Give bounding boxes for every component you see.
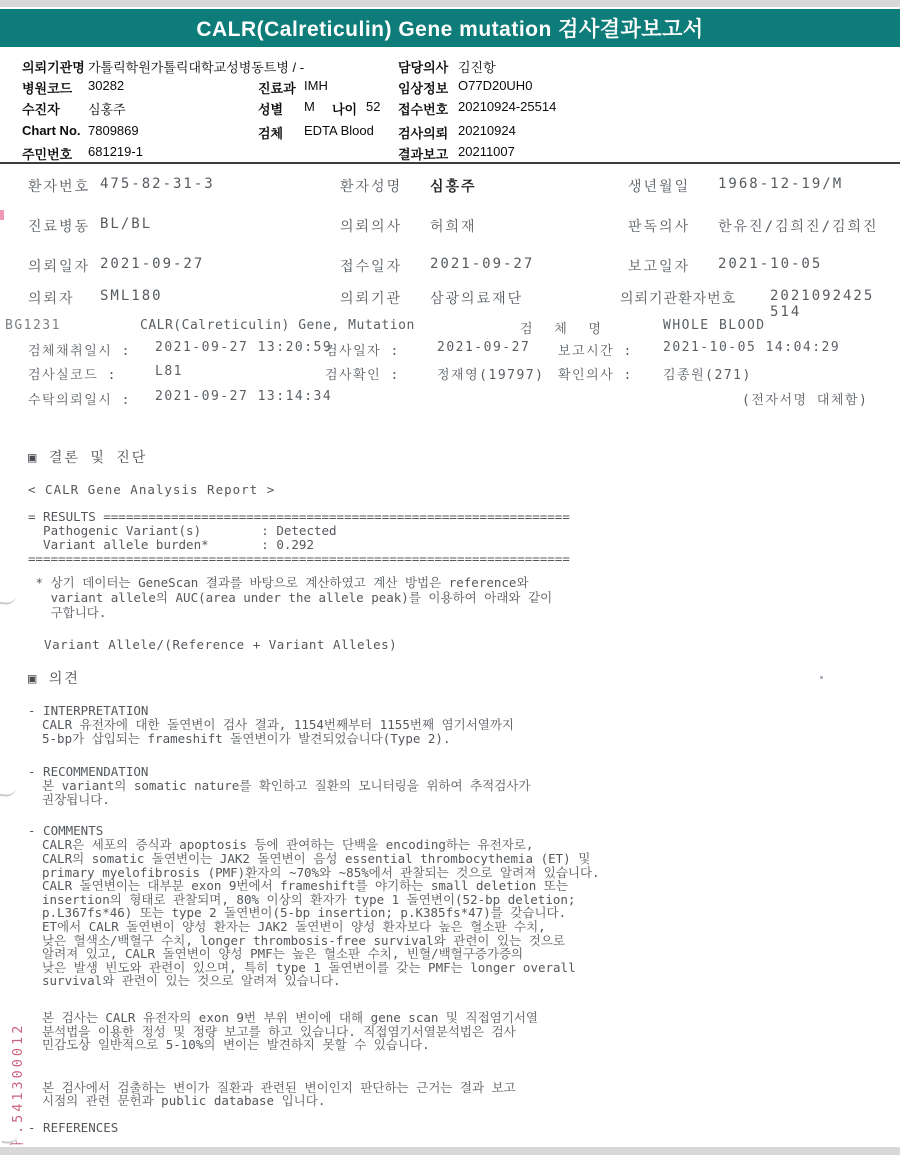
text-line: 분석법을 이용한 정성 및 정량 보고를 하고 있습니다. 직접염기서열분석법은… — [42, 1025, 688, 1039]
text-line: variant allele의 AUC(area under the allel… — [28, 590, 688, 605]
field-label: 의뢰기관명 — [22, 57, 88, 78]
opinion-section: ▣ 의견 - INTERPRETATION CALR 유전자에 대한 돌연변이 … — [28, 668, 688, 1135]
field-value: 20210924 — [458, 123, 516, 144]
field-value: 2021-09-27 13:14:34 — [155, 389, 332, 404]
info-row-institution: 의뢰기관명 가톨릭학원가톨릭대학교성병동트병 / - — [22, 57, 402, 78]
text-line: 5-bp가 삽입되는 frameshift 돌연변이가 발견되었습니다(Type… — [42, 732, 688, 746]
text-line: CALR 유전자에 대한 돌연변이 검사 결과, 1154번째부터 1155번째… — [42, 718, 688, 732]
table-row: 진료병동 BL/BL 의뢰의사 허희재 판독의사 한유진/김희진/김희진 — [0, 216, 900, 236]
field-value: M — [304, 99, 332, 120]
order-info-middle-column: 진료과 IMH 성별 M 나이 52 검체 EDTA Blood — [258, 78, 403, 144]
report-page: CALR(Calreticulin) Gene mutation 검사결과보고서… — [0, 0, 900, 1155]
field-label: 판독의사 — [628, 216, 690, 236]
text-line: Pathogenic Variant(s) : Detected — [28, 524, 688, 538]
field-value: 475-82-31-3 — [100, 176, 215, 192]
text-line: primary myelofibrosis (PMF)환자의 ~70%와 ~85… — [42, 866, 688, 880]
text-line: 구합니다. — [28, 605, 688, 620]
field-value: 30282 — [88, 78, 124, 99]
field-label: 성별 — [258, 99, 304, 120]
field-label: Chart No. — [22, 123, 88, 144]
block-heading: - COMMENTS — [28, 824, 688, 838]
text-line: survival와 관련이 있는 것으로 알려져 있습니다. — [42, 974, 688, 988]
field-label: 환자성명 — [340, 176, 402, 196]
table-row: 의뢰일자 2021-09-27 접수일자 2021-09-27 보고일자 202… — [0, 256, 900, 276]
field-value: 2021-09-27 — [100, 256, 204, 272]
interpretation-block: - INTERPRETATION CALR 유전자에 대한 돌연변이 검사 결과… — [28, 704, 688, 745]
field-label: 보고일자 — [628, 256, 690, 276]
block-lines: CALR은 세포의 증식과 apoptosis 등에 관여하는 단백을 enco… — [28, 838, 688, 988]
text-line: 알려져 있고, CALR 돌연변이 양성 PMF는 높은 혈소판 수치, 빈혈/… — [42, 947, 688, 961]
field-value: 김진항 — [458, 57, 496, 78]
electronic-signature-note: (전자서명 대체함) — [742, 389, 868, 408]
info-row-receipt-no: 접수번호 20210924-25514 — [398, 99, 698, 120]
field-label: 의뢰기관환자번호 — [620, 288, 736, 308]
field-label: 의뢰자 — [28, 288, 75, 308]
comments-block: - COMMENTS CALR은 세포의 증식과 apoptosis 등에 관여… — [28, 824, 688, 988]
field-value: 허희재 — [430, 216, 477, 236]
field-label: 의뢰의사 — [340, 216, 402, 236]
patient-name: 심홍주 — [430, 176, 477, 196]
field-value: 2021-10-05 14:04:29 — [663, 340, 840, 355]
conclusion-section: ▣ 결론 및 진단 < CALR Gene Analysis Report > … — [28, 447, 688, 652]
references-block: - REFERENCES — [28, 1121, 688, 1135]
text-line: 민감도상 일반적으로 5-10%의 변이는 발견하지 못할 수 있습니다. — [42, 1038, 688, 1052]
field-value: 2021-10-05 — [718, 256, 822, 272]
block-heading: - RECOMMENDATION — [28, 765, 688, 779]
field-value: WHOLE BLOOD — [663, 318, 766, 333]
block-heading: - REFERENCES — [28, 1121, 688, 1135]
report-title: CALR(Calreticulin) Gene mutation 검사결과보고서 — [196, 13, 703, 43]
info-row-clinical-info: 임상정보 O77D20UH0 — [398, 78, 698, 99]
field-value: EDTA Blood — [304, 123, 374, 144]
test-row: 검체채취일시 : 2021-09-27 13:20:59 검사일자 : 2021… — [0, 340, 900, 358]
text-line: 본 검사에서 검출하는 변이가 질환과 관련된 변이인지 판단하는 근거는 결과… — [42, 1081, 688, 1095]
report-title-banner: CALR(Calreticulin) Gene mutation 검사결과보고서 — [0, 9, 900, 47]
field-label: 확인의사 : — [558, 364, 633, 383]
field-label: 접수번호 — [398, 99, 458, 120]
text-line: insertion의 형태로 관찰되며, 80% 이상의 환자가 type 1 … — [42, 893, 688, 907]
field-value: 20210924-25514 — [458, 99, 556, 120]
field-label: 의뢰일자 — [28, 256, 90, 276]
info-row-doctor: 담당의사 김진항 — [398, 57, 698, 78]
field-value: 정재영(19797) — [437, 364, 544, 383]
test-row: 검사실코드 : L81 검사확인 : 정재영(19797) 확인의사 : 김종원… — [0, 364, 900, 382]
section-title-opinion: ▣ 의견 — [28, 668, 688, 688]
scan-artifact — [0, 593, 17, 606]
evidence-note-paragraph: 본 검사에서 검출하는 변이가 질환과 관련된 변이인지 판단하는 근거는 결과… — [28, 1081, 688, 1108]
results-block: = RESULTS ==============================… — [28, 510, 688, 566]
text-line: * 상기 데이터는 GeneScan 결과를 바탕으로 계산하였고 계산 방법은… — [28, 575, 688, 590]
info-row-department: 진료과 IMH — [258, 78, 403, 99]
field-value: 김종원(271) — [663, 364, 752, 383]
field-label: 접수일자 — [340, 256, 402, 276]
info-row-request-date: 검사의뢰 20210924 — [398, 123, 698, 144]
text-line: 본 variant의 somatic nature를 확인하고 질환의 모니터링… — [42, 779, 688, 793]
field-label: 수진자 — [22, 99, 88, 120]
field-label: 생년월일 — [628, 176, 690, 196]
text-line: 낮은 혈색소/백혈구 수치, longer thrombosis-free su… — [42, 934, 688, 948]
field-value: 52 — [366, 99, 380, 120]
field-value: IMH — [304, 78, 328, 99]
text-line: CALR의 somatic 돌연변이는 JAK2 돌연변이 음성 essenti… — [42, 852, 688, 866]
field-label: 진료병동 — [28, 216, 90, 236]
info-row-sex-age: 성별 M 나이 52 — [258, 99, 403, 120]
info-row-specimen: 검체 EDTA Blood — [258, 123, 403, 144]
field-label: 검체채취일시 : — [28, 340, 131, 359]
allele-burden-formula: Variant Allele/(Reference + Variant Alle… — [28, 637, 688, 652]
field-label: 보고시간 : — [558, 340, 633, 359]
method-note-paragraph: 본 검사는 CALR 유전자의 exon 9번 부위 변이에 대해 gene s… — [28, 1011, 688, 1052]
text-line: ========================================… — [28, 552, 688, 566]
field-label: 환자번호 — [28, 176, 90, 196]
block-heading: - INTERPRETATION — [28, 704, 688, 718]
side-specimen-number: ㅏ.541300012 — [6, 1023, 26, 1150]
field-value: SML180 — [100, 288, 163, 304]
block-lines: CALR 유전자에 대한 돌연변이 검사 결과, 1154번째부터 1155번째… — [28, 718, 688, 745]
field-label: 검사실코드 : — [28, 364, 117, 383]
test-row: 수탁의뢰일시 : 2021-09-27 13:14:34 (전자서명 대체함) — [0, 389, 900, 407]
text-line: Variant allele burden* : 0.292 — [28, 538, 688, 552]
scan-artifact — [820, 676, 823, 679]
analysis-report-title: < CALR Gene Analysis Report > — [28, 482, 688, 497]
field-label: 진료과 — [258, 78, 304, 99]
text-line: ET에서 CALR 돌연변이 양성 환자는 JAK2 돌연변이 양성 환자보다 … — [42, 920, 688, 934]
field-label: 검사일자 : — [325, 340, 400, 359]
field-label: 나이 — [332, 99, 366, 120]
scan-edge-top — [0, 0, 900, 7]
test-section: BG1231 CALR(Calreticulin) Gene, Mutation… — [0, 312, 900, 407]
field-value: 삼광의료재단 — [430, 288, 523, 308]
patient-info-table: 환자번호 475-82-31-3 환자성명 심홍주 생년월일 1968-12-1… — [0, 168, 900, 318]
text-line: p.L367fs*46) 또는 type 2 돌연변이(5-bp inserti… — [42, 906, 688, 920]
calculation-note: * 상기 데이터는 GeneScan 결과를 바탕으로 계산하였고 계산 방법은… — [28, 575, 688, 620]
text-line: 시점의 관련 문헌과 public database 입니다. — [42, 1094, 688, 1108]
field-label: 임상정보 — [398, 78, 458, 99]
field-value: 1968-12-19/M — [718, 176, 843, 192]
text-line: CALR은 세포의 증식과 apoptosis 등에 관여하는 단백을 enco… — [42, 838, 688, 852]
field-value: 2021-09-27 13:20:59 — [155, 340, 332, 355]
field-label: 검사의뢰 — [398, 123, 458, 144]
text-line: = RESULTS ==============================… — [28, 510, 688, 524]
scan-artifact — [0, 210, 4, 220]
order-info-right-column: 담당의사 김진항 임상정보 O77D20UH0 접수번호 20210924-25… — [398, 57, 698, 165]
field-label: 수탁의뢰일시 : — [28, 389, 131, 408]
scan-edge-bottom — [0, 1147, 900, 1155]
field-value: 7809869 — [88, 123, 139, 144]
field-value: 가톨릭학원가톨릭대학교성병동트병 / - — [88, 57, 304, 78]
test-code: BG1231 — [5, 318, 61, 333]
field-value: BL/BL — [100, 216, 152, 232]
field-value: 한유진/김희진/김희진 — [718, 216, 879, 236]
field-label: 의뢰기관 — [340, 288, 402, 308]
field-value: 2021-09-27 — [430, 256, 534, 272]
text-line: 본 검사는 CALR 유전자의 exon 9번 부위 변이에 대해 gene s… — [42, 1011, 688, 1025]
table-row: 의뢰자 SML180 의뢰기관 삼광의료재단 의뢰기관환자번호 20210924… — [0, 288, 900, 308]
test-name: CALR(Calreticulin) Gene, Mutation — [140, 318, 415, 333]
recommendation-block: - RECOMMENDATION 본 variant의 somatic natu… — [28, 765, 688, 806]
text-line: CALR 돌연변이는 대부분 exon 9번에서 frameshift를 야기하… — [42, 879, 688, 893]
scan-artifact — [0, 785, 17, 798]
section-title-conclusion: ▣ 결론 및 진단 — [28, 447, 688, 467]
field-value: 2021-09-27 — [437, 340, 530, 355]
field-label: 검체 — [258, 123, 304, 144]
field-label: 담당의사 — [398, 57, 458, 78]
table-row: 환자번호 475-82-31-3 환자성명 심홍주 생년월일 1968-12-1… — [0, 176, 900, 196]
block-lines: 본 variant의 somatic nature를 확인하고 질환의 모니터링… — [28, 779, 688, 806]
field-value: L81 — [155, 364, 183, 379]
field-label: 검사확인 : — [325, 364, 400, 383]
divider-line — [0, 162, 900, 164]
field-value: O77D20UH0 — [458, 78, 532, 99]
field-label: 병원코드 — [22, 78, 88, 99]
field-label: 검 체 명 — [520, 318, 603, 337]
text-line: 권장됩니다. — [42, 793, 688, 807]
field-value: 심홍주 — [88, 99, 126, 120]
text-line: 낮은 발생 빈도와 관련이 있으며, 특히 type 1 돌연변이를 갖는 PM… — [42, 961, 688, 975]
test-header-row: BG1231 CALR(Calreticulin) Gene, Mutation… — [0, 318, 900, 336]
